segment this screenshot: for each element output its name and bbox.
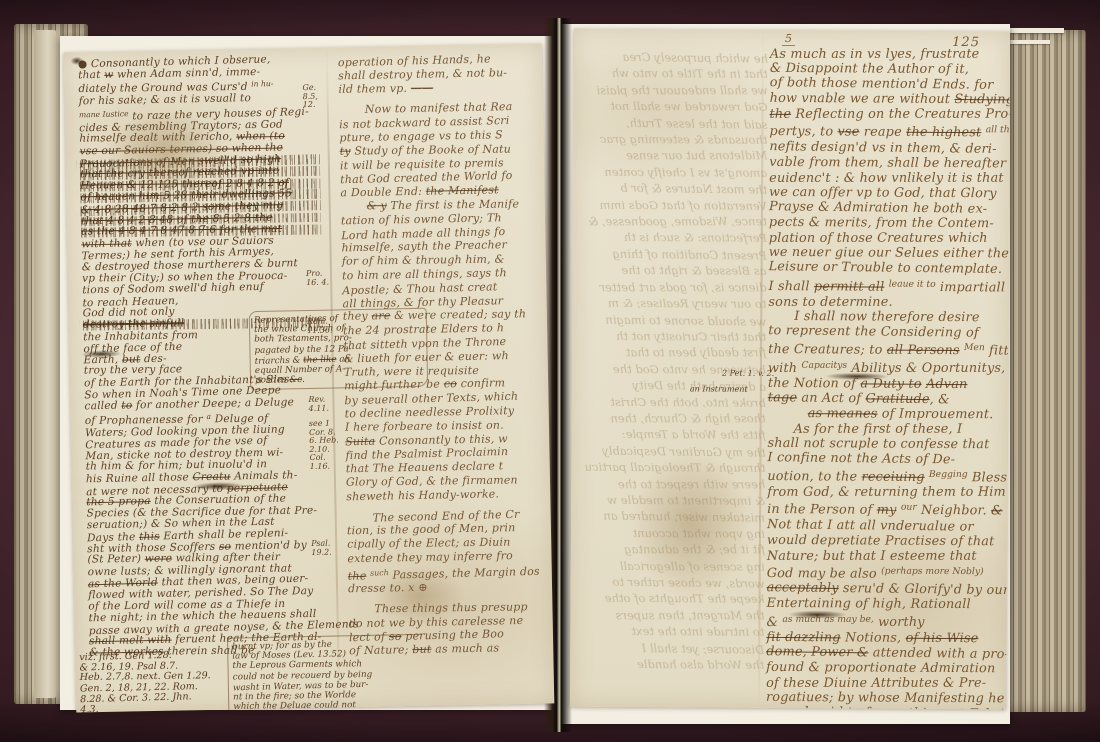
manuscript-line: vable from them, shall be hereafter bbox=[769, 155, 1009, 172]
manuscript-line: Entertaining of high, Rationall bbox=[767, 596, 1007, 613]
manuscript-line: Discourse; yet shall I bbox=[580, 639, 764, 658]
leaf-step bbox=[1006, 40, 1050, 44]
manuscript-line: Perfections: & such is th bbox=[583, 229, 767, 247]
manuscript-line: fit dazzling Notions, of his Wise bbox=[766, 629, 1006, 646]
manuscript-line: Midletons but our sense bbox=[583, 148, 767, 164]
manuscript-sheet-left: ● Consonantly to which I obserue,that w … bbox=[64, 43, 555, 712]
show-through-text: he which purposely Creathat in the Title… bbox=[580, 49, 768, 674]
margin-note: Ge. 8.5, 12. bbox=[302, 83, 332, 109]
book-photo: ● Consonantly to which I obserue,that w … bbox=[0, 0, 1100, 742]
manuscript-line: words, we chose rather to bbox=[581, 573, 765, 592]
scripture-refs: viz. first. Gen 1.28.& 2.16, 19. Psal 8.… bbox=[79, 649, 240, 712]
page-edge-strip bbox=[34, 30, 56, 698]
manuscript-line: Present Condition of thing bbox=[583, 245, 767, 264]
manuscript-line: God rewarded we shall not bbox=[584, 98, 768, 116]
manuscript-line: the Notion of a Duty to Advan bbox=[768, 375, 1008, 392]
manuscript-line: I shall permitt all leaue it to impartia… bbox=[768, 275, 1008, 295]
manuscript-line: of these Diuine Attributes & Pre- bbox=[766, 676, 1006, 691]
manuscript-line: would depretiate Practises of that bbox=[767, 533, 1007, 550]
manuscript-line: broke into, both the Christ bbox=[582, 393, 766, 411]
manuscript-line: dience is, for gods art better bbox=[582, 279, 766, 295]
manuscript-line: as Blessed & right to the bbox=[583, 262, 767, 280]
manuscript-line: tence, Wisdome, goodnesse, & bbox=[583, 213, 767, 229]
manuscript-line: ing scenes of allegoricall bbox=[581, 557, 765, 575]
manuscript-line: mistaken wiser, hundred an bbox=[581, 508, 765, 527]
manuscript-line: God may be also (perhaps more Nobly) bbox=[767, 563, 1007, 583]
manuscript-line: first deadly been to that bbox=[582, 345, 766, 361]
manuscript-line: the most Natures & for b bbox=[583, 180, 767, 199]
margin-note: Psal. 19.2. bbox=[311, 539, 341, 557]
manuscript-line: he which purposely Crea bbox=[584, 48, 768, 67]
manuscript-line: Nature; but that I esteeme that bbox=[767, 549, 1007, 564]
manuscript-line: fitts the World a Temple: bbox=[582, 426, 766, 444]
manuscript-line: thousands & esteeming grac bbox=[583, 131, 767, 149]
manuscript-line: that their Curiosity not th bbox=[582, 328, 766, 346]
folio-mark: 5 bbox=[782, 32, 795, 46]
manuscript-line: plation of those Creatures which bbox=[769, 231, 1009, 246]
manuscript-line: postles &c. bbox=[255, 374, 423, 386]
manuscript-line: as meanes of Improuement. bbox=[768, 406, 1008, 423]
inset-note-2: burnt vp; for as by thelaw of Moses (Lev… bbox=[227, 634, 424, 713]
manuscript-line: that in the Title to vnto wh bbox=[584, 65, 768, 83]
manuscript-line: sheweth his Handy-worke. bbox=[346, 486, 554, 504]
manuscript-line: pertys, to vse reape the highest all the… bbox=[769, 121, 1009, 141]
manuscript-line: As much as in vs lyes, frustrate bbox=[770, 47, 1010, 62]
manuscript-line: which the Deluge could not bbox=[233, 700, 419, 713]
manuscript-line: to intrude into the text bbox=[580, 623, 764, 641]
manuscript-sheet-right: 5 125 he which purposely Creathat in the… bbox=[570, 29, 1010, 710]
manuscript-line: we shall endeauour the plaisi bbox=[584, 82, 768, 98]
manuscript-line: the my Gardiner Despicably bbox=[581, 442, 765, 461]
manuscript-line: euidenc't : & how vnlikely it is that bbox=[769, 171, 1009, 186]
page-edge-stack-right bbox=[1008, 30, 1086, 712]
manuscript-line: the Margent, then supers bbox=[580, 607, 764, 623]
manuscript-line: & as much as may be, worthy bbox=[766, 612, 1006, 630]
margin-note: Rev. 4.11. bbox=[308, 395, 338, 413]
manuscript-line: in the Person of my our Neighbor. & bbox=[767, 499, 1007, 519]
manuscript-line: to our weary Realises; & m bbox=[582, 295, 766, 313]
main-text-column: As much as in vs lyes, frustrate& Disapp… bbox=[766, 46, 1010, 709]
manuscript-line: said not the lesse Truth, bbox=[583, 114, 767, 133]
manuscript-line: pects & merits, from the Contem- bbox=[769, 215, 1009, 232]
manuscript-line: sons to determine. bbox=[768, 294, 1008, 309]
manuscript-line: the Creatures; to all Persons Men fitted bbox=[768, 339, 1008, 359]
manuscript-line: the Reflecting on the Creatures Pro- bbox=[770, 107, 1010, 122]
margin-note: see 1 Cor. 8. 6. Heb. 2.10. Col. 1.16. bbox=[309, 419, 340, 471]
manuscript-line: those high & Church, then bbox=[582, 410, 766, 426]
leaf-step bbox=[1006, 28, 1064, 33]
manuscript-line: & impertinent to meddle w bbox=[581, 492, 765, 510]
manuscript-line: ing vpon what account bbox=[581, 525, 765, 543]
manuscript-line: Veneration of that Gods imm bbox=[583, 196, 767, 214]
manuscript-line: the World also handle bbox=[580, 656, 764, 674]
margin-note: an Instrument bbox=[690, 385, 760, 394]
manuscript-line: uotion, to the receiuing Begging Blessin… bbox=[767, 466, 1007, 486]
manuscript-line: found & proportionate Admiration bbox=[766, 660, 1006, 677]
manuscript-line: keepe the Thoughts of othe bbox=[581, 590, 765, 608]
manuscript-line: we should sorone to imagin bbox=[582, 311, 766, 330]
manuscript-line: As for the first of these, I bbox=[768, 422, 1008, 437]
manuscript-line: through & Theologicall particu bbox=[581, 459, 765, 477]
margin-note: Pro. 16. 4. bbox=[306, 269, 336, 287]
margin-note: 2 Pet. 1. v. 2. bbox=[722, 370, 792, 379]
manuscript-line: fit it be; & the aduantag bbox=[581, 541, 765, 557]
inset-note-1: Representatiues ofthe whole Church ofbot… bbox=[249, 308, 428, 391]
manuscript-line: from God, & returning them to Him bbox=[767, 485, 1007, 500]
manuscript-line: how vnable we are without Studying bbox=[770, 91, 1010, 108]
manuscript-line: among'st vs I cheifly conten bbox=[583, 164, 767, 182]
manuscript-line: with Capacitys Abilitys & Oportunitys, v… bbox=[768, 358, 1008, 376]
manuscript-line: heere with respect to the bbox=[581, 476, 765, 492]
manuscript-line: dresse to. x ⊕ bbox=[348, 578, 554, 596]
manuscript-line: ild them vp. —— bbox=[338, 80, 546, 97]
